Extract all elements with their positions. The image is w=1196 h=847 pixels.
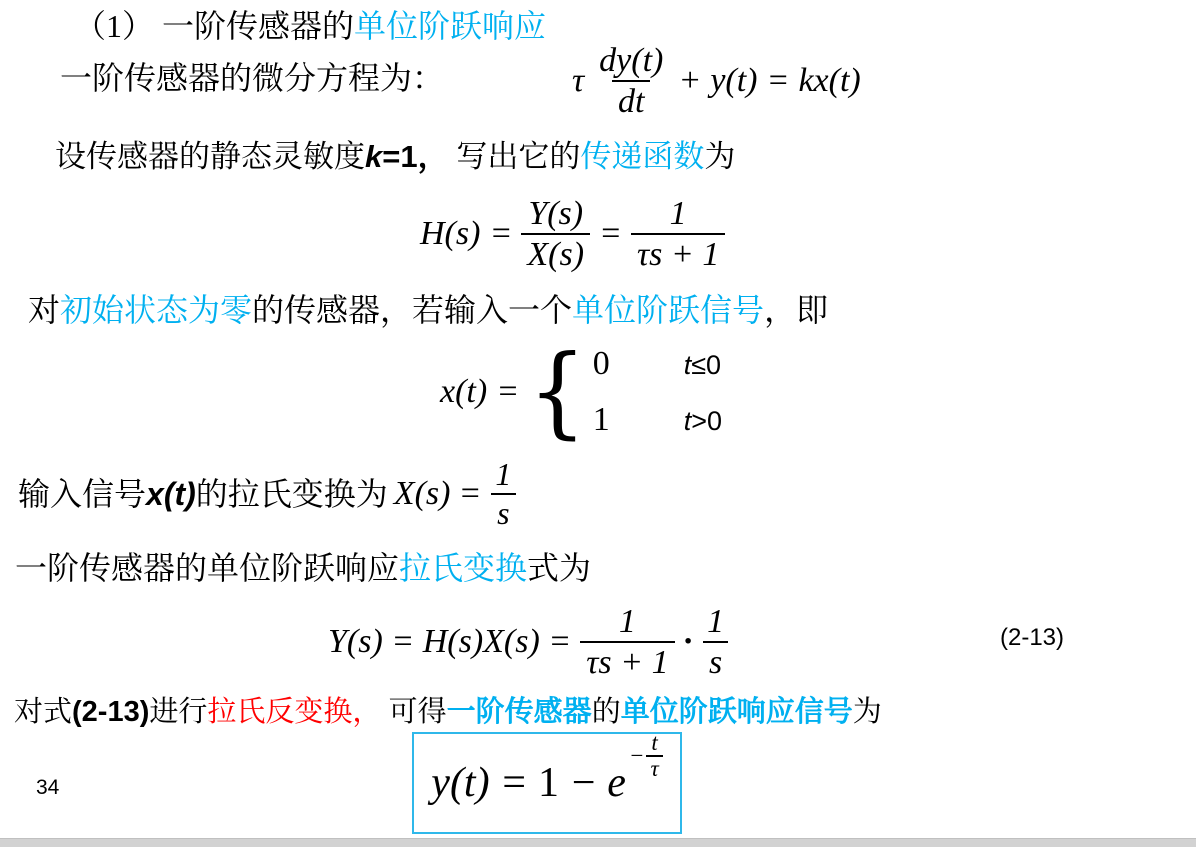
text: ，即 xyxy=(764,292,828,328)
fraction-numerator: dy(t) xyxy=(593,41,669,80)
fraction-numerator: Y(s) xyxy=(522,194,589,233)
equals-sign: = xyxy=(458,473,481,516)
one-term: 1 xyxy=(538,759,559,807)
fraction-denominator: s xyxy=(703,641,728,682)
first-order-sensor-highlight: 一阶传感器 xyxy=(447,696,592,728)
Ys-lhs: Y(s) = H(s)X(s) = xyxy=(328,623,571,661)
text: 一阶传感器的单位阶跃响应 xyxy=(15,550,399,586)
plus-sign: + xyxy=(678,62,701,100)
equation-ref: (2-13) xyxy=(72,696,149,728)
laplace-line: 输入信号x(t)的拉氏变换为X(s)=1s xyxy=(18,452,517,536)
text: 为 xyxy=(853,696,882,728)
piecewise-cases: 0 t≤0 1 t>0 xyxy=(593,345,722,439)
tau-symbol: τ xyxy=(572,62,584,100)
fraction-numerator: 1 xyxy=(489,456,517,493)
sensitivity-line: 设传感器的静态灵敏度k=1， 写出它的传递函数为 xyxy=(55,138,735,177)
e-term: e xyxy=(607,759,626,807)
fraction-1s: 1s xyxy=(489,456,517,532)
case-value: 0 xyxy=(593,345,610,383)
diff-eq-label-text: 一阶传感器的微分方程为： xyxy=(60,60,444,96)
text: 可得 xyxy=(381,696,446,728)
curly-brace: { xyxy=(528,345,587,439)
case-condition: t≤0 xyxy=(684,350,721,381)
case-row: 0 t≤0 xyxy=(593,345,722,383)
k-variable: k xyxy=(365,139,382,174)
kxt-term: kx(t) xyxy=(798,62,860,100)
text: 式为 xyxy=(527,550,591,586)
heading-text: （1） 一阶传感器的 xyxy=(74,8,354,44)
fraction-denominator: τ xyxy=(646,755,662,781)
Ys-equation: Y(s) = H(s)X(s) = 1 τs + 1 · 1 s xyxy=(328,598,730,686)
laplace-highlight: 拉氏变换 xyxy=(399,550,527,586)
minus-sign: − xyxy=(629,743,645,769)
fraction-numerator: 1 xyxy=(701,602,730,641)
inverse-laplace-red: 拉氏反变换， xyxy=(207,696,381,728)
case-condition: t>0 xyxy=(684,406,722,437)
page-number: 34 xyxy=(36,776,59,800)
text: 进行 xyxy=(149,696,207,728)
text: 的 xyxy=(592,696,621,728)
case-row: 1 t>0 xyxy=(593,401,722,439)
initial-state-highlight: 初始状态为零 xyxy=(60,292,252,328)
equals-sign: = xyxy=(599,215,622,253)
initial-state-line: 对初始状态为零的传感器，若输入一个单位阶跃信号，即 xyxy=(28,290,828,330)
fraction-denominator: τs + 1 xyxy=(631,233,725,274)
text: 的拉氏变换为 xyxy=(196,474,388,514)
yt-term: y(t) xyxy=(710,62,757,100)
dot-operator: · xyxy=(684,623,693,661)
fraction-denominator: s xyxy=(491,493,515,532)
transfer-function-highlight: 传递函数 xyxy=(580,139,704,174)
minus-sign: − xyxy=(569,759,597,807)
transfer-equation: H(s) = Y(s) X(s) = 1 τs + 1 xyxy=(420,188,725,280)
sensitivity-text: 设传感器的静态灵敏度 xyxy=(55,139,365,174)
fraction-tau-s: 1 τs + 1 xyxy=(631,194,725,274)
piecewise-equation: x(t) = { 0 t≤0 1 t>0 xyxy=(440,342,722,442)
fraction-dydt: dy(t) dt xyxy=(593,41,669,121)
fraction-numerator: t xyxy=(647,731,661,755)
fraction-denominator: X(s) xyxy=(521,233,590,274)
response-line: 一阶传感器的单位阶跃响应拉氏变换式为 xyxy=(15,548,591,588)
text: 输入信号 xyxy=(18,474,146,514)
sensitivity-text3: 为 xyxy=(704,139,735,174)
equation-number: (2-13) xyxy=(1000,624,1064,652)
xt-term: x(t) xyxy=(440,373,487,411)
text: 对式 xyxy=(14,696,72,728)
equals-sign: = xyxy=(500,759,528,807)
yt-term: y(t) xyxy=(431,759,489,807)
slide: （1） 一阶传感器的单位阶跃响应 一阶传感器的微分方程为： τ dy(t) dt… xyxy=(0,0,1196,847)
bottom-scrollbar[interactable] xyxy=(0,838,1196,847)
text: 对 xyxy=(28,292,60,328)
equals-sign: = xyxy=(489,215,512,253)
fraction-t-tau: t τ xyxy=(646,731,662,781)
condition-relation: >0 xyxy=(691,406,722,436)
Hs-term: H(s) xyxy=(420,215,480,253)
fraction-1s: 1 s xyxy=(701,602,730,682)
heading-highlight: 单位阶跃响应 xyxy=(354,8,546,44)
inverse-laplace-line: 对式(2-13)进行拉氏反变换， 可得一阶传感器的单位阶跃响应信号为 xyxy=(14,694,882,730)
heading: （1） 一阶传感器的单位阶跃响应 xyxy=(74,6,546,46)
case-value: 1 xyxy=(593,401,610,439)
step-response-signal-highlight: 单位阶跃响应信号 xyxy=(621,696,853,728)
equals-sign: = xyxy=(767,62,790,100)
fraction-YsXs: Y(s) X(s) xyxy=(521,194,590,274)
result-box: y(t) = 1 − e − t τ xyxy=(412,732,682,834)
exponent: − t τ xyxy=(629,731,663,781)
Xs-term: X(s) xyxy=(394,473,451,516)
text: 的传感器，若输入一个 xyxy=(252,292,572,328)
fraction-denominator: dt xyxy=(612,80,650,121)
sensitivity-text2: 写出它的 xyxy=(449,139,581,174)
fraction-numerator: 1 xyxy=(613,602,642,641)
equals-sign: = xyxy=(496,373,519,411)
unit-step-highlight: 单位阶跃信号 xyxy=(572,292,764,328)
k-value: =1， xyxy=(382,139,448,174)
diff-equation: τ dy(t) dt + y(t) = kx(t) xyxy=(572,40,861,122)
fraction-denominator: τs + 1 xyxy=(580,641,674,682)
diff-eq-label: 一阶传感器的微分方程为： xyxy=(60,58,444,98)
fraction-numerator: 1 xyxy=(664,194,693,233)
condition-relation: ≤0 xyxy=(691,350,721,380)
fraction-tau-s: 1 τs + 1 xyxy=(580,602,674,682)
xt-bold-term: x(t) xyxy=(146,474,196,514)
